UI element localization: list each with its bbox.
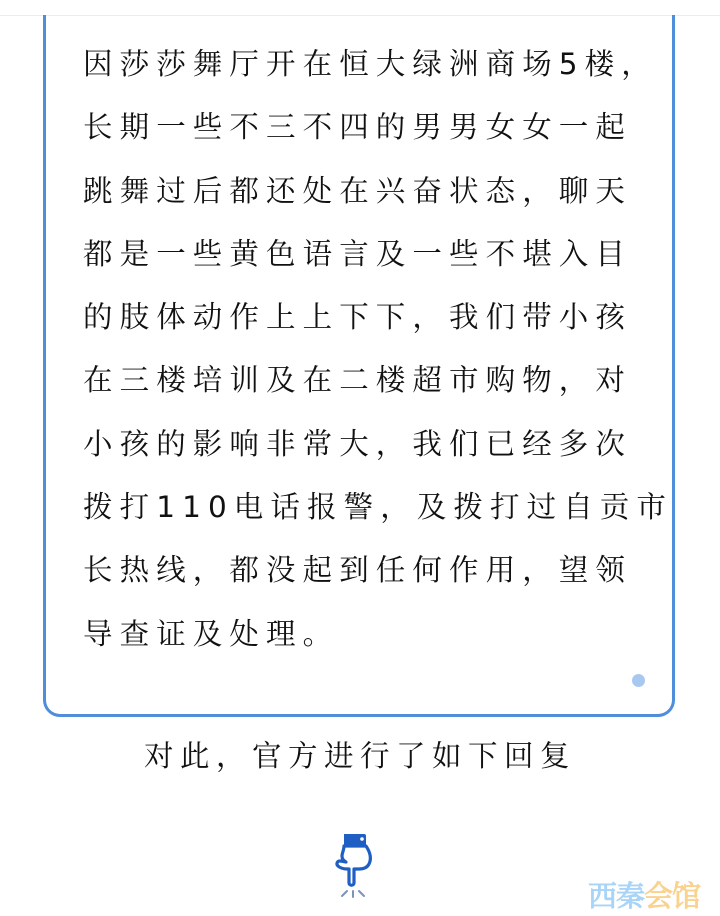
complaint-line: 导查证及处理。 xyxy=(83,603,653,666)
complaint-line: 长热线，都没起到任何作用，望领 xyxy=(83,539,653,602)
complaint-line: 的肢体动作上上下下，我们带小孩 xyxy=(83,286,653,349)
complaint-text: 因莎莎舞厅开在恒大绿洲商场5楼， 长期一些不三不四的男男女女一起 跳舞过后都还处… xyxy=(83,33,653,666)
reply-caption: 对此，官方进行了如下回复 xyxy=(0,733,720,775)
pointing-hand-down-icon xyxy=(328,830,384,900)
complaint-line: 长期一些不三不四的男男女女一起 xyxy=(83,96,653,159)
complaint-quote-card: 因莎莎舞厅开在恒大绿洲商场5楼， 长期一些不三不四的男男女女一起 跳舞过后都还处… xyxy=(43,15,675,717)
complaint-line: 在三楼培训及在二楼超市购物，对 xyxy=(83,349,653,412)
complaint-line: 拨打110电话报警，及拨打过自贡市 xyxy=(83,476,653,539)
watermark-part2: 会馆 xyxy=(644,879,700,913)
complaint-line: 因莎莎舞厅开在恒大绿洲商场5楼， xyxy=(83,33,653,96)
complaint-line: 跳舞过后都还处在兴奋状态，聊天 xyxy=(83,160,653,223)
decorative-dot xyxy=(632,674,645,687)
watermark-logo: 西秦会馆 xyxy=(588,874,700,915)
watermark-part1: 西秦 xyxy=(588,879,644,913)
complaint-line: 都是一些黄色语言及一些不堪入目 xyxy=(83,223,653,286)
complaint-line: 小孩的影响非常大，我们已经多次 xyxy=(83,413,653,476)
